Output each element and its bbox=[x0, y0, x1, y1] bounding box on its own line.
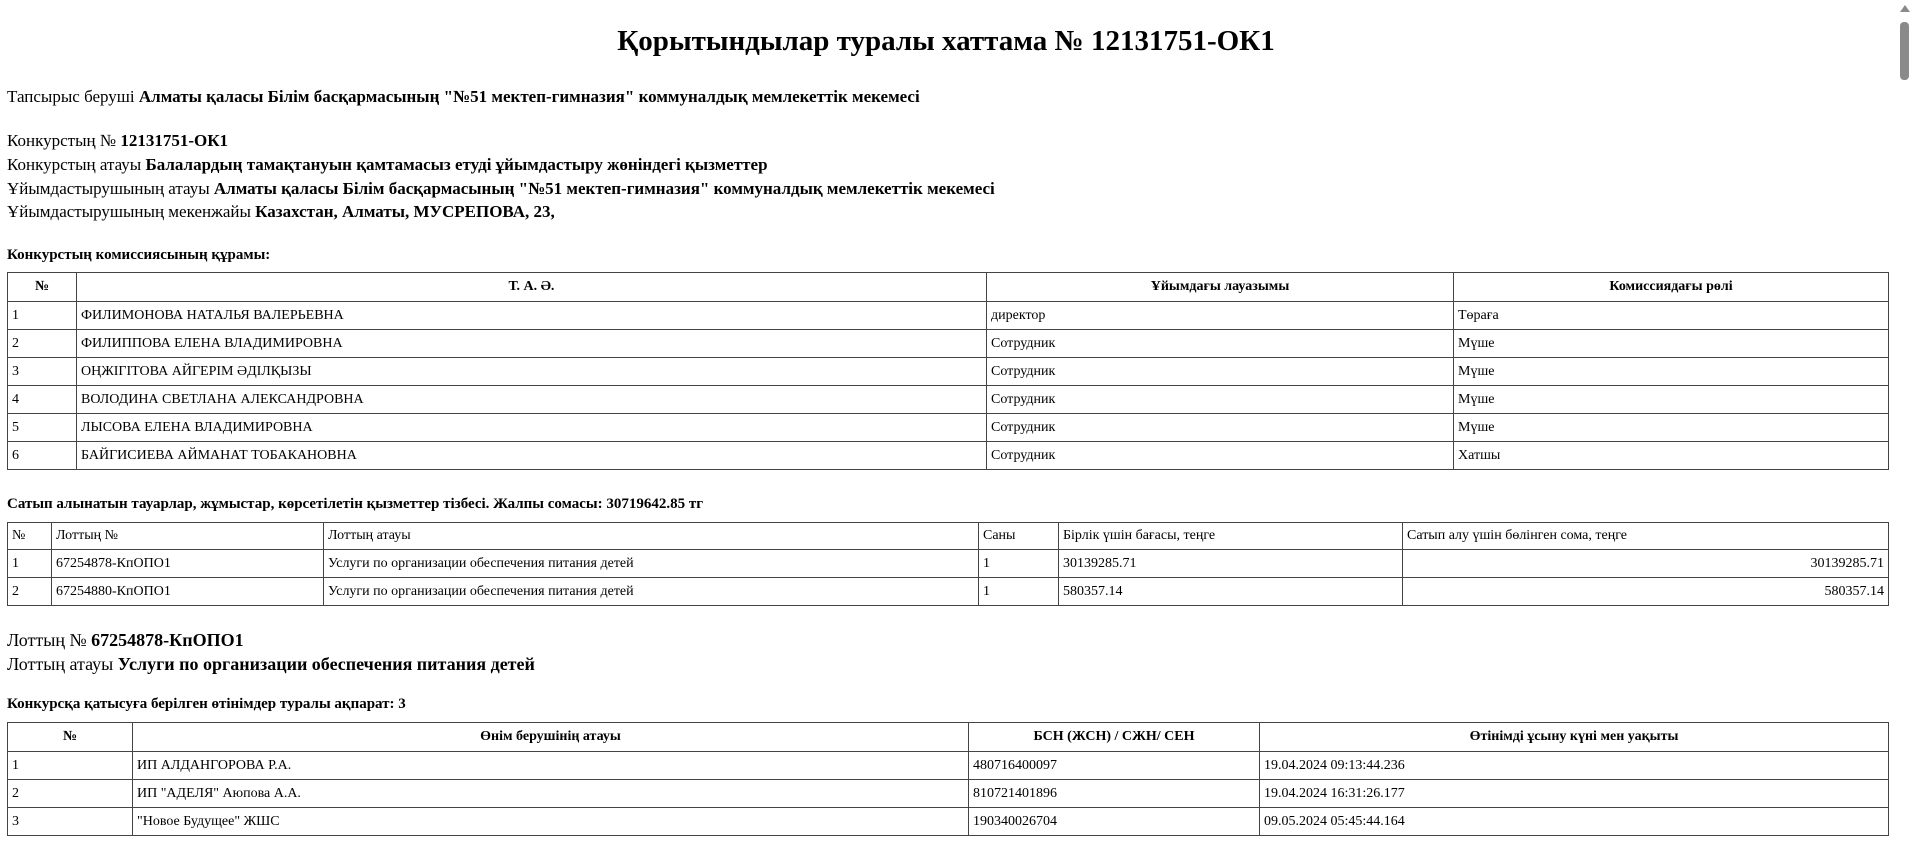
cell-role: Мүше bbox=[1454, 330, 1889, 358]
table-row: 3 ОҢЖІГІТОВА АЙГЕРІМ ӘДІЛҚЫЗЫ Сотрудник … bbox=[8, 358, 1889, 386]
scrollbar-thumb[interactable] bbox=[1900, 22, 1909, 80]
organizer-name-line: Ұйымдастырушының атауы Алматы қаласы Біл… bbox=[7, 178, 995, 200]
column-header: Өнім берушінің атауы bbox=[133, 723, 969, 752]
cell-full-name: ВОЛОДИНА СВЕТЛАНА АЛЕКСАНДРОВНА bbox=[77, 386, 987, 414]
cell-full-name: ФИЛИМОНОВА НАТАЛЬЯ ВАЛЕРЬЕВНА bbox=[77, 302, 987, 330]
table-row: 3 "Новое Будущее" ЖШС 190340026704 09.05… bbox=[8, 808, 1889, 836]
table-row: 6 БАЙГИСИЕВА АЙМАНАТ ТОБАКАНОВНА Сотрудн… bbox=[8, 442, 1889, 470]
cell-number: 2 bbox=[8, 330, 77, 358]
cell-role: Төраға bbox=[1454, 302, 1889, 330]
cell-submitted-at: 19.04.2024 09:13:44.236 bbox=[1260, 752, 1889, 780]
cell-number: 3 bbox=[8, 808, 133, 836]
lot-name-label: Лоттың атауы bbox=[7, 654, 113, 674]
lot-number-value: 67254878-КпОПО1 bbox=[91, 630, 243, 650]
cell-position: директор bbox=[987, 302, 1454, 330]
cell-lot-name: Услуги по организации обеспечения питани… bbox=[324, 578, 979, 606]
cell-full-name: ЛЫСОВА ЕЛЕНА ВЛАДИМИРОВНА bbox=[77, 414, 987, 442]
column-header: Ұйымдағы лауазымы bbox=[987, 273, 1454, 302]
scroll-up-arrow-icon[interactable] bbox=[1900, 5, 1910, 12]
column-header: № bbox=[8, 523, 52, 550]
cell-supplier-name: ИП АЛДАНГОРОВА Р.А. bbox=[133, 752, 969, 780]
contest-number-label: Конкурстың № bbox=[7, 131, 116, 150]
cell-full-name: БАЙГИСИЕВА АЙМАНАТ ТОБАКАНОВНА bbox=[77, 442, 987, 470]
table-row: 2 ФИЛИППОВА ЕЛЕНА ВЛАДИМИРОВНА Сотрудник… bbox=[8, 330, 1889, 358]
customer-label: Тапсырыс беруші bbox=[7, 87, 135, 106]
cell-number: 1 bbox=[8, 302, 77, 330]
table-header-row: № Т. А. Ә. Ұйымдағы лауазымы Комиссиядағ… bbox=[8, 273, 1889, 302]
lot-number-label: Лоттың № bbox=[7, 630, 87, 650]
protocol-document: Қорытындылар туралы хаттама № 12131751-О… bbox=[0, 0, 1896, 849]
table-row: 5 ЛЫСОВА ЕЛЕНА ВЛАДИМИРОВНА Сотрудник Мү… bbox=[8, 414, 1889, 442]
cell-supplier-name: "Новое Будущее" ЖШС bbox=[133, 808, 969, 836]
column-header: Бірлік үшін бағасы, теңге bbox=[1059, 523, 1403, 550]
cell-role: Мүше bbox=[1454, 414, 1889, 442]
cell-bin: 480716400097 bbox=[969, 752, 1260, 780]
column-header: № bbox=[8, 723, 133, 752]
cell-bin: 190340026704 bbox=[969, 808, 1260, 836]
table-row: 1 ФИЛИМОНОВА НАТАЛЬЯ ВАЛЕРЬЕВНА директор… bbox=[8, 302, 1889, 330]
column-header: Т. А. Ә. bbox=[77, 273, 987, 302]
cell-position: Сотрудник bbox=[987, 386, 1454, 414]
cell-number: 2 bbox=[8, 780, 133, 808]
column-header: Лоттың № bbox=[52, 523, 324, 550]
page-title: Қорытындылар туралы хаттама № 12131751-О… bbox=[0, 24, 1892, 58]
contest-name-value: Балалардың тамақтануын қамтамасыз етуді … bbox=[145, 155, 767, 174]
cell-position: Сотрудник bbox=[987, 330, 1454, 358]
commission-table: № Т. А. Ә. Ұйымдағы лауазымы Комиссиядағ… bbox=[7, 272, 1889, 470]
cell-position: Сотрудник bbox=[987, 358, 1454, 386]
organizer-name-value: Алматы қаласы Білім басқармасының "№51 м… bbox=[214, 179, 995, 198]
items-label: Сатып алынатын тауарлар, жұмыстар, көрсе… bbox=[7, 494, 703, 514]
cell-quantity: 1 bbox=[979, 578, 1059, 606]
table-row: 1 67254878-КпОПО1 Услуги по организации … bbox=[8, 550, 1889, 578]
cell-unit-price: 580357.14 bbox=[1059, 578, 1403, 606]
cell-unit-price: 30139285.71 bbox=[1059, 550, 1403, 578]
cell-full-name: ОҢЖІГІТОВА АЙГЕРІМ ӘДІЛҚЫЗЫ bbox=[77, 358, 987, 386]
organizer-address-line: Ұйымдастырушының мекенжайы Казахстан, Ал… bbox=[7, 201, 555, 223]
cell-role: Хатшы bbox=[1454, 442, 1889, 470]
cell-lot-number: 67254878-КпОПО1 bbox=[52, 550, 324, 578]
table-row: 2 ИП "АДЕЛЯ" Аюпова А.А. 810721401896 19… bbox=[8, 780, 1889, 808]
cell-number: 6 bbox=[8, 442, 77, 470]
cell-quantity: 1 bbox=[979, 550, 1059, 578]
customer-line: Тапсырыс беруші Алматы қаласы Білім басқ… bbox=[7, 86, 920, 108]
cell-lot-number: 67254880-КпОПО1 bbox=[52, 578, 324, 606]
column-header: № bbox=[8, 273, 77, 302]
cell-submitted-at: 09.05.2024 05:45:44.164 bbox=[1260, 808, 1889, 836]
column-header: Комиссиядағы рөлі bbox=[1454, 273, 1889, 302]
cell-submitted-at: 19.04.2024 16:31:26.177 bbox=[1260, 780, 1889, 808]
commission-label: Конкурстың комиссиясының құрамы: bbox=[7, 245, 270, 265]
organizer-address-label: Ұйымдастырушының мекенжайы bbox=[7, 202, 251, 221]
lot-name-line: Лоттың атауы Услуги по организации обесп… bbox=[7, 652, 535, 676]
cell-lot-name: Услуги по организации обеспечения питани… bbox=[324, 550, 979, 578]
vertical-scrollbar[interactable] bbox=[1896, 0, 1912, 849]
contest-name-line: Конкурстың атауы Балалардың тамақтануын … bbox=[7, 154, 768, 176]
cell-number: 4 bbox=[8, 386, 77, 414]
column-header: Өтінімді ұсыну күні мен уақыты bbox=[1260, 723, 1889, 752]
customer-value: Алматы қаласы Білім басқармасының "№51 м… bbox=[139, 87, 920, 106]
cell-allocated-amount: 30139285.71 bbox=[1403, 550, 1889, 578]
cell-allocated-amount: 580357.14 bbox=[1403, 578, 1889, 606]
applications-label: Конкурсқа қатысуға берілген өтінімдер ту… bbox=[7, 694, 406, 714]
cell-role: Мүше bbox=[1454, 358, 1889, 386]
cell-supplier-name: ИП "АДЕЛЯ" Аюпова А.А. bbox=[133, 780, 969, 808]
column-header: Лоттың атауы bbox=[324, 523, 979, 550]
cell-number: 2 bbox=[8, 578, 52, 606]
lot-name-value: Услуги по организации обеспечения питани… bbox=[118, 654, 535, 674]
cell-full-name: ФИЛИППОВА ЕЛЕНА ВЛАДИМИРОВНА bbox=[77, 330, 987, 358]
cell-position: Сотрудник bbox=[987, 442, 1454, 470]
column-header: БСН (ЖСН) / СЖН/ СЕН bbox=[969, 723, 1260, 752]
cell-role: Мүше bbox=[1454, 386, 1889, 414]
column-header: Саны bbox=[979, 523, 1059, 550]
lot-number-line: Лоттың № 67254878-КпОПО1 bbox=[7, 628, 244, 652]
applications-table: № Өнім берушінің атауы БСН (ЖСН) / СЖН/ … bbox=[7, 722, 1889, 836]
organizer-address-value: Казахстан, Алматы, МУСРЕПОВА, 23, bbox=[255, 202, 555, 221]
contest-name-label: Конкурстың атауы bbox=[7, 155, 141, 174]
table-row: 2 67254880-КпОПО1 Услуги по организации … bbox=[8, 578, 1889, 606]
table-header-row: № Лоттың № Лоттың атауы Саны Бірлік үшін… bbox=[8, 523, 1889, 550]
table-row: 1 ИП АЛДАНГОРОВА Р.А. 480716400097 19.04… bbox=[8, 752, 1889, 780]
items-table: № Лоттың № Лоттың атауы Саны Бірлік үшін… bbox=[7, 522, 1889, 606]
cell-bin: 810721401896 bbox=[969, 780, 1260, 808]
cell-number: 5 bbox=[8, 414, 77, 442]
contest-number-line: Конкурстың № 12131751-ОК1 bbox=[7, 130, 228, 152]
cell-number: 1 bbox=[8, 550, 52, 578]
organizer-name-label: Ұйымдастырушының атауы bbox=[7, 179, 210, 198]
column-header: Сатып алу үшін бөлінген сома, теңге bbox=[1403, 523, 1889, 550]
contest-number-value: 12131751-ОК1 bbox=[120, 131, 228, 150]
cell-number: 1 bbox=[8, 752, 133, 780]
cell-number: 3 bbox=[8, 358, 77, 386]
table-row: 4 ВОЛОДИНА СВЕТЛАНА АЛЕКСАНДРОВНА Сотруд… bbox=[8, 386, 1889, 414]
cell-position: Сотрудник bbox=[987, 414, 1454, 442]
table-header-row: № Өнім берушінің атауы БСН (ЖСН) / СЖН/ … bbox=[8, 723, 1889, 752]
